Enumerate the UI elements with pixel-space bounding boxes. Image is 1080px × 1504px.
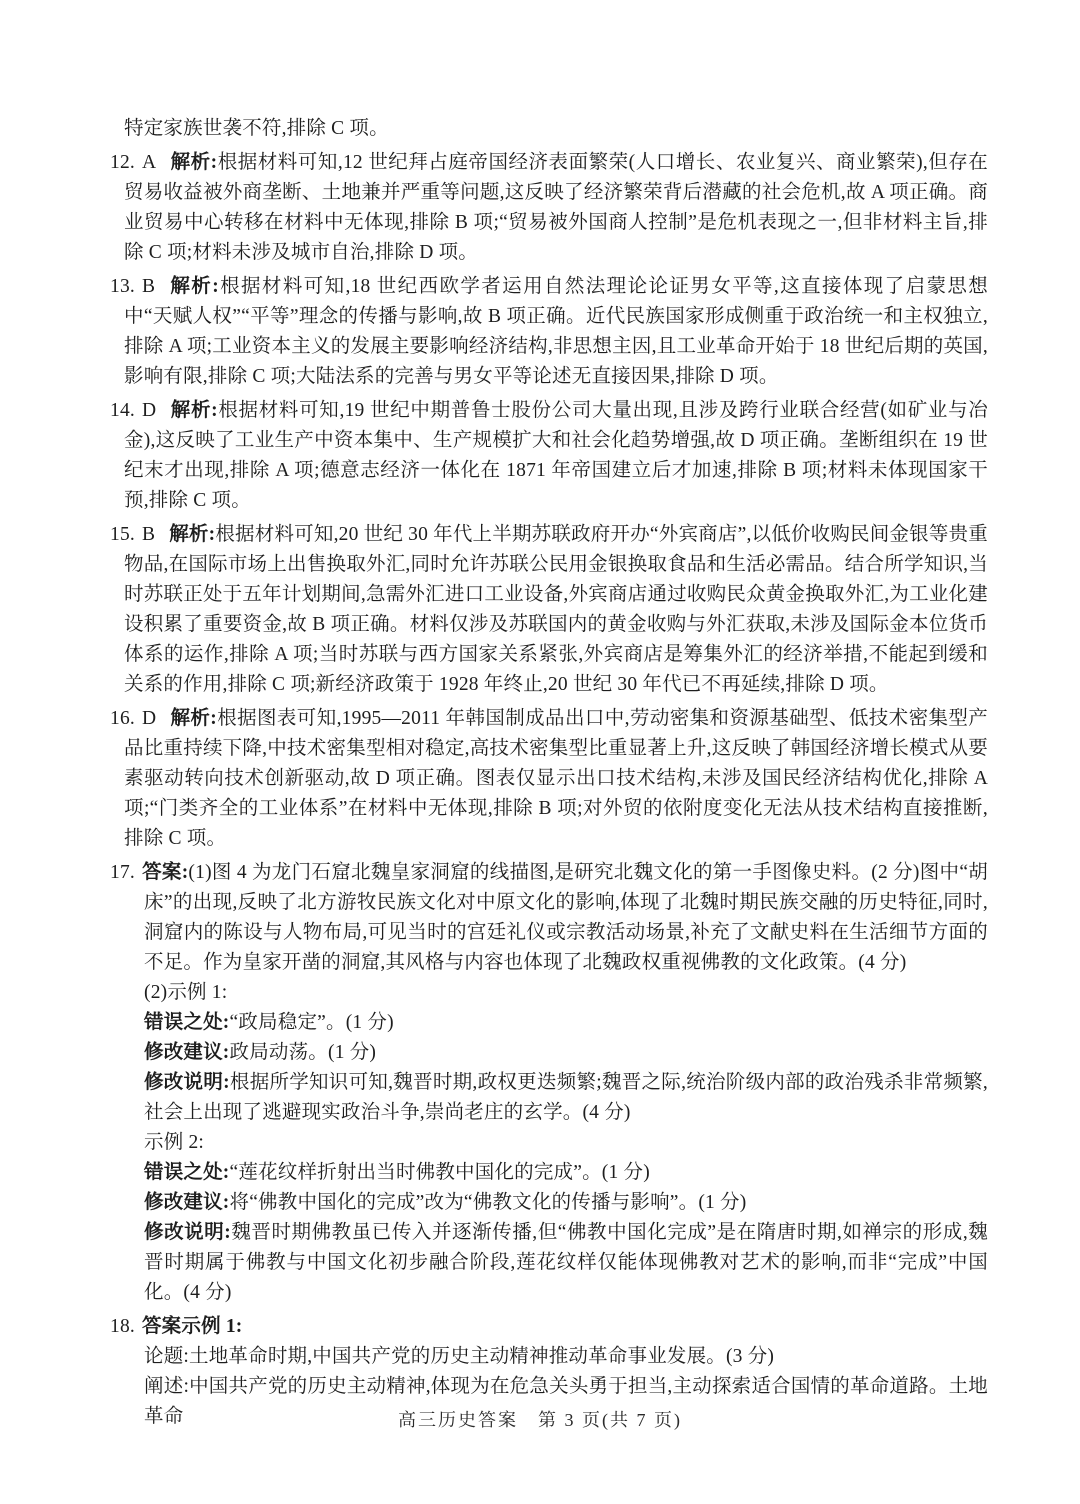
item-number: 12. [110, 152, 135, 173]
page-footer: 高三历史答案 第 3 页(共 7 页) [0, 1406, 1080, 1432]
section-label: 解析: [170, 708, 217, 729]
answer-item: 14.D解析:根据材料可知,19 世纪中期普鲁士股份公司大量出现,且涉及跨行业联… [110, 396, 988, 516]
page-footer-text: 高三历史答案 第 3 页(共 7 页) [398, 1410, 682, 1430]
answer-letter: A [142, 152, 156, 173]
answer-letter: B [142, 524, 155, 545]
section-label: 修改建议: [144, 1192, 230, 1213]
sub-line: 错误之处:“莲花纹样折射出当时佛教中国化的完成”。(1 分) [110, 1158, 988, 1188]
sub-line: 修改建议:政局动荡。(1 分) [110, 1038, 988, 1068]
paragraph-text: 魏晋时期佛教虽已传入并逐渐传播,但“佛教中国化完成”是在隋唐时期,如禅宗的形成,… [144, 1222, 988, 1303]
sub-line: 修改建议:将“佛教中国化的完成”改为“佛教文化的传播与影响”。(1 分) [110, 1188, 988, 1218]
answer-sheet-page: 特定家族世袭不符,排除 C 项。12.A解析:根据材料可知,12 世纪拜占庭帝国… [0, 0, 1080, 1504]
section-label: 解析: [170, 152, 217, 173]
item-number: 13. [110, 276, 135, 297]
paragraph-text: 根据所学知识可知,魏晋时期,政权更迭频繁;魏晋之际,统治阶级内部的政治残杀非常频… [144, 1072, 988, 1123]
paragraph-text: 根据图表可知,1995—2011 年韩国制成品出口中,劳动密集和资源基础型、低技… [124, 708, 988, 849]
section-label: 答案示例 1: [142, 1316, 243, 1337]
item-number: 15. [110, 524, 135, 545]
section-label: 错误之处: [144, 1162, 230, 1183]
paragraph-text: 论题:土地革命时期,中国共产党的历史主动精神推动革命事业发展。(3 分) [144, 1346, 774, 1367]
item-number: 16. [110, 708, 135, 729]
answer-item: 12.A解析:根据材料可知,12 世纪拜占庭帝国经济表面繁荣(人口增长、农业复兴… [110, 148, 988, 268]
section-label: 错误之处: [144, 1012, 230, 1033]
paragraph-text: 特定家族世袭不符,排除 C 项。 [124, 118, 389, 139]
sub-line: 修改说明:魏晋时期佛教虽已传入并逐渐传播,但“佛教中国化完成”是在隋唐时期,如禅… [110, 1218, 988, 1308]
paragraph-text: 根据材料可知,12 世纪拜占庭帝国经济表面繁荣(人口增长、农业复兴、商业繁荣),… [124, 152, 988, 263]
paragraph-text: 政局动荡。(1 分) [230, 1042, 377, 1063]
sub-line: 论题:土地革命时期,中国共产党的历史主动精神推动革命事业发展。(3 分) [110, 1342, 988, 1372]
paragraph-text: (1)图 4 为龙门石窟北魏皇家洞窟的线描图,是研究北魏文化的第一手图像史料。(… [144, 862, 988, 973]
section-label: 修改建议: [144, 1042, 230, 1063]
paragraph-text: 示例 2: [144, 1132, 204, 1153]
answer-item: 13.B解析:根据材料可知,18 世纪西欧学者运用自然法理论论证男女平等,这直接… [110, 272, 988, 392]
continuation-line: 特定家族世袭不符,排除 C 项。 [110, 114, 988, 144]
item-number: 14. [110, 400, 135, 421]
sub-line: 修改说明:根据所学知识可知,魏晋时期,政权更迭频繁;魏晋之际,统治阶级内部的政治… [110, 1068, 988, 1128]
paragraph-text: 将“佛教中国化的完成”改为“佛教文化的传播与影响”。(1 分) [230, 1192, 747, 1213]
sub-line: 示例 2: [110, 1128, 988, 1158]
section-label: 解析: [169, 524, 215, 545]
section-label: 解析: [170, 400, 218, 421]
paragraph-text: “莲花纹样折射出当时佛教中国化的完成”。(1 分) [230, 1162, 650, 1183]
answer-item: 18.答案示例 1: [110, 1312, 988, 1342]
paragraph-text: (2)示例 1: [144, 982, 227, 1003]
answer-item: 16.D解析:根据图表可知,1995—2011 年韩国制成品出口中,劳动密集和资… [110, 704, 988, 854]
answer-item: 17.答案:(1)图 4 为龙门石窟北魏皇家洞窟的线描图,是研究北魏文化的第一手… [110, 858, 988, 978]
answer-item: 15.B解析:根据材料可知,20 世纪 30 年代上半期苏联政府开办“外宾商店”… [110, 520, 988, 700]
paragraph-text: 根据材料可知,20 世纪 30 年代上半期苏联政府开办“外宾商店”,以低价收购民… [124, 524, 988, 695]
sub-line: (2)示例 1: [110, 978, 988, 1008]
section-label: 修改说明: [144, 1072, 230, 1093]
item-number: 18. [110, 1316, 135, 1337]
section-label: 修改说明: [144, 1222, 231, 1243]
section-label: 解析: [169, 276, 219, 297]
sub-line: 错误之处:“政局稳定”。(1 分) [110, 1008, 988, 1038]
answer-letter: D [142, 400, 156, 421]
paragraph-text: “政局稳定”。(1 分) [230, 1012, 394, 1033]
answer-letter: D [142, 708, 156, 729]
answer-letter: B [142, 276, 155, 297]
paragraph-text: 根据材料可知,19 世纪中期普鲁士股份公司大量出现,且涉及跨行业联合经营(如矿业… [124, 400, 988, 511]
item-number: 17. [110, 862, 135, 883]
section-label: 答案: [142, 862, 188, 883]
answers-content: 特定家族世袭不符,排除 C 项。12.A解析:根据材料可知,12 世纪拜占庭帝国… [110, 114, 988, 1432]
paragraph-text: 根据材料可知,18 世纪西欧学者运用自然法理论论证男女平等,这直接体现了启蒙思想… [124, 276, 988, 387]
